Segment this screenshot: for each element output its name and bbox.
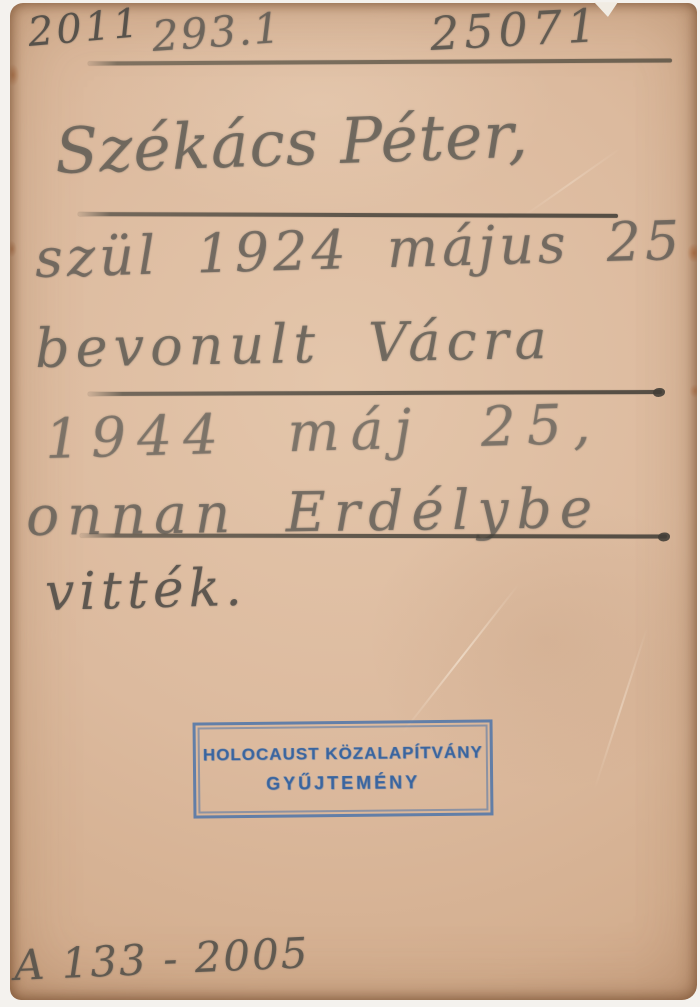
scanned-photo-back: 2011 293.1 25071 Székács Péter, szül 192… xyxy=(0,0,700,1007)
handwriting-enlistment: bevonult Vácra xyxy=(34,308,553,380)
stamp-collection-label: GYŰJTEMÉNY xyxy=(266,772,420,795)
handwriting-name: Székács Péter, xyxy=(54,98,530,187)
stamp-org-name: HOLOCAUST KÖZALAPÍTVÁNY xyxy=(203,743,483,766)
accession-number: 293.1 xyxy=(150,3,283,61)
paper-crease xyxy=(402,583,521,734)
handwriting-enlistment-date: 1944 máj 25, xyxy=(44,391,602,471)
photo-back-paper: 2011 293.1 25071 Székács Péter, szül 192… xyxy=(10,3,697,1000)
archive-number-year: 2011 xyxy=(26,0,143,56)
inventory-number: 25071 xyxy=(429,0,603,61)
collection-stamp: HOLOCAUST KÖZALAPÍTVÁNY GYŰJTEMÉNY xyxy=(193,719,494,818)
paper-crease xyxy=(521,148,620,218)
handwriting-birthdate: szül 1924 május 25 xyxy=(34,209,684,290)
handwriting-taken: vitték. xyxy=(44,558,247,623)
catalog-number: A 133 - 2005 xyxy=(13,928,310,990)
pencil-rule-top xyxy=(88,58,672,65)
paper-crease xyxy=(594,627,648,789)
